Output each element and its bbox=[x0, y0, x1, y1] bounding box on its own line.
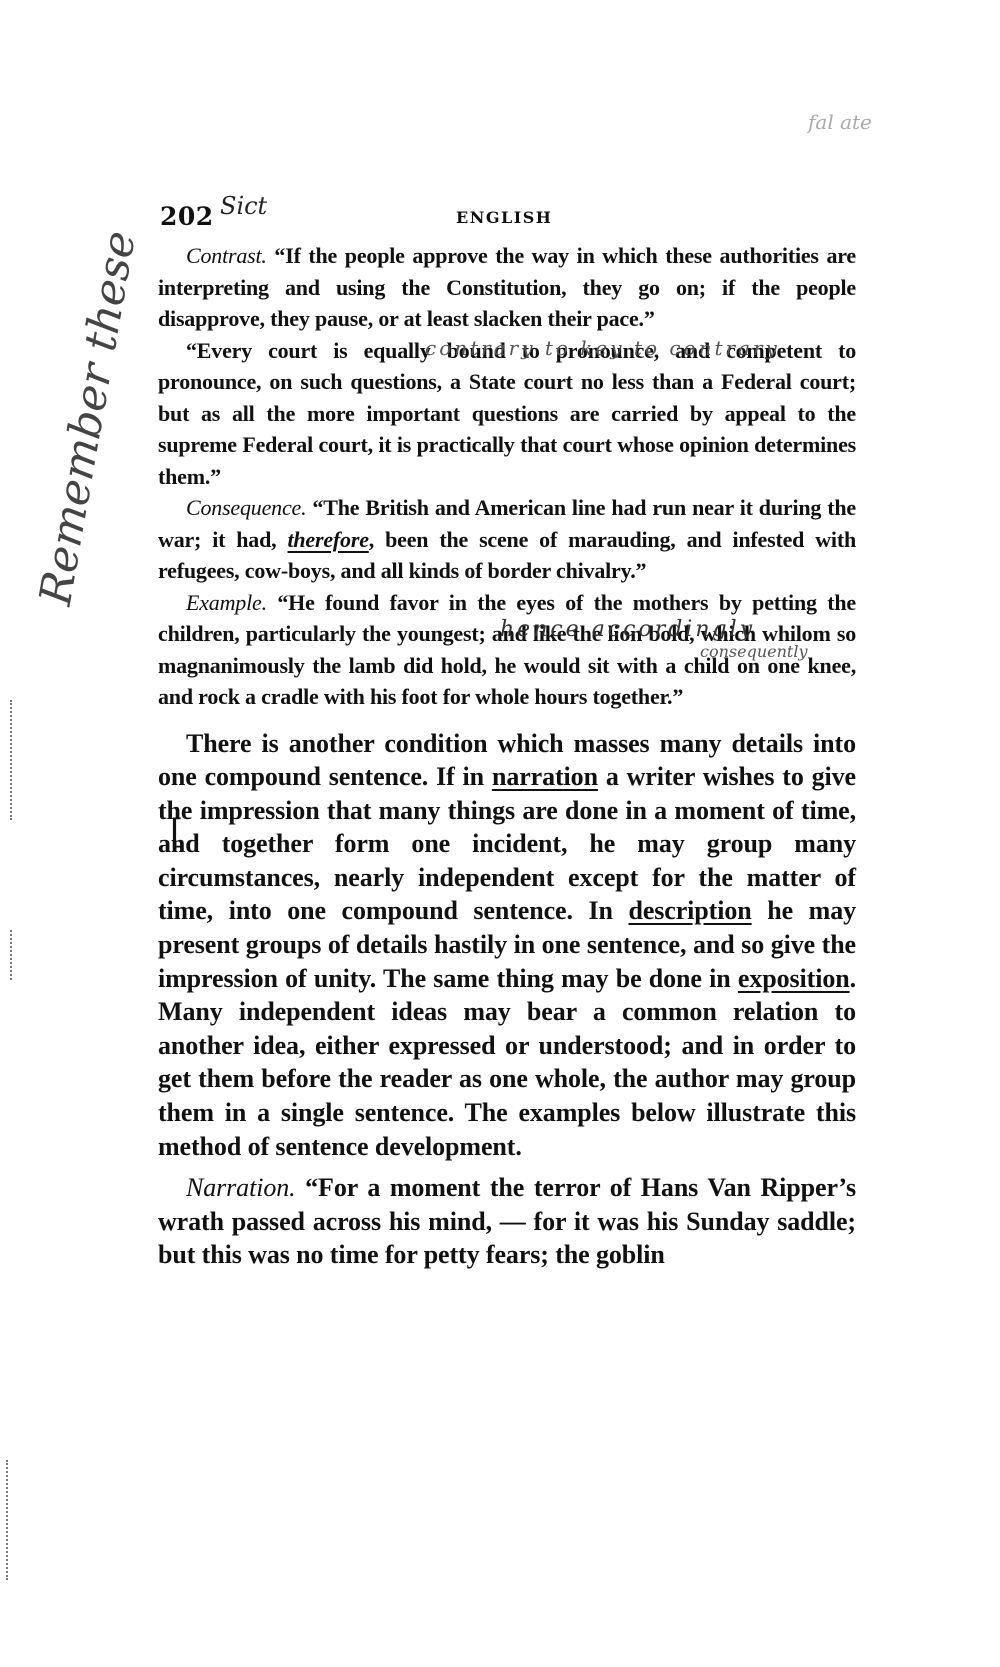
page-header: 202 ENGLISH bbox=[160, 202, 860, 238]
consequence-annotation-2: consequently bbox=[700, 642, 807, 661]
main-paragraph: There is another condition which masses … bbox=[158, 727, 856, 1164]
example-label: Example. bbox=[186, 590, 267, 615]
contrast-annotation: contrary to key to contrary bbox=[425, 336, 780, 360]
page-body: Contrast. “If the people approve the way… bbox=[158, 240, 856, 1272]
underlined-description: description bbox=[628, 896, 751, 925]
underlined-narration: narration bbox=[492, 762, 598, 791]
narration-example: Narration. “For a moment the terror of H… bbox=[158, 1171, 856, 1272]
example-contrast-1: Contrast. “If the people approve the way… bbox=[158, 240, 856, 335]
example-quote: “Every court is equally bound to pronoun… bbox=[158, 338, 856, 489]
example-consequence: Consequence. “The British and American l… bbox=[158, 492, 856, 587]
margin-handwriting-vertical: Remember these bbox=[30, 227, 146, 609]
paragraph-text: . Many independent ideas may bear a comm… bbox=[158, 964, 856, 1161]
underlined-exposition: exposition bbox=[738, 964, 850, 993]
book-page: Remember these fal ate Sict 202 ENGLISH … bbox=[0, 0, 1000, 1667]
page-number: 202 bbox=[160, 202, 214, 231]
top-right-handwriting: fal ate bbox=[808, 110, 872, 134]
running-head: ENGLISH bbox=[456, 208, 552, 227]
underlined-therefore: therefore bbox=[287, 527, 368, 552]
example-label: Contrast. bbox=[186, 243, 267, 268]
scan-edge-dots bbox=[10, 700, 14, 820]
example-label: Narration. bbox=[186, 1173, 296, 1202]
example-label: Consequence. bbox=[186, 495, 306, 520]
scan-edge-dots bbox=[10, 930, 14, 980]
paragraph-bracket-mark: [ bbox=[170, 812, 183, 852]
consequence-annotation: hence accordingly bbox=[500, 617, 755, 642]
scan-edge-dots bbox=[6, 1460, 10, 1580]
main-paragraph-block: There is another condition which masses … bbox=[158, 727, 856, 1273]
